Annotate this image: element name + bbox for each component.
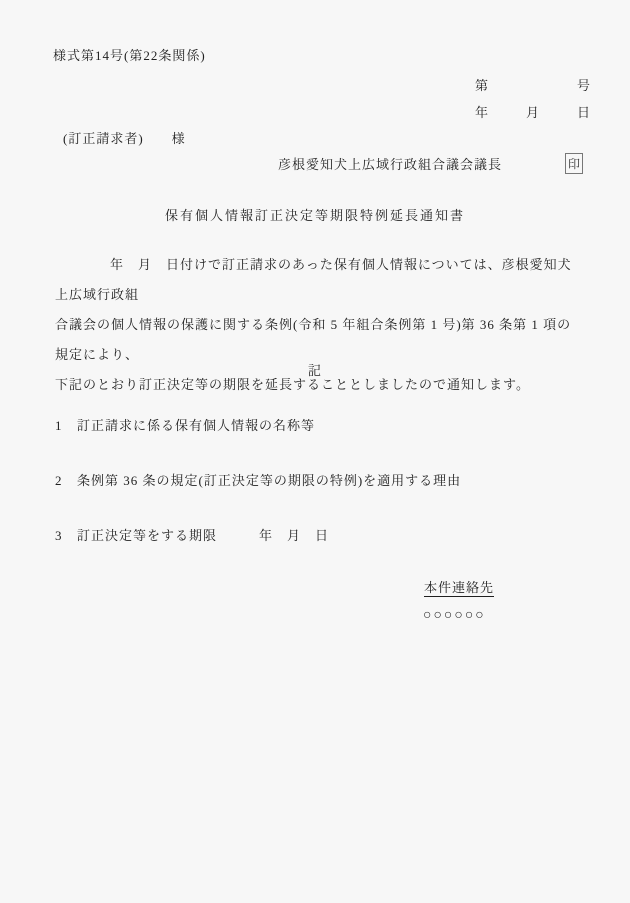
number-suffix-label: 号: [577, 79, 591, 92]
item-3-number: 3: [55, 529, 77, 542]
list-item-3: 3 訂正決定等をする期限 年 月 日: [55, 529, 329, 542]
addressee-line: (訂正請求者) 様: [63, 132, 186, 145]
document-number-line: 第 号: [475, 79, 591, 92]
contact-heading: 本件連絡先: [424, 581, 494, 597]
list-item-1: 1 訂正請求に係る保有個人情報の名称等: [55, 419, 315, 432]
document-date-line: 年 月 日: [475, 106, 591, 119]
contact-placeholder-value: ○○○○○○: [423, 609, 486, 623]
date-month-label: 月: [526, 106, 540, 119]
item-1-number: 1: [55, 419, 77, 432]
seal-stamp-box: 印: [565, 153, 583, 174]
item-1-label: 訂正請求に係る保有個人情報の名称等: [77, 419, 315, 432]
item-2-number: 2: [55, 474, 77, 487]
number-prefix-label: 第: [475, 79, 489, 92]
item-2-label: 条例第 36 条の規定(訂正決定等の期限の特例)を適用する理由: [77, 474, 461, 487]
document-page: 様式第14号(第22条関係) 第 号 年 月 日 (訂正請求者) 様 彦根愛知犬…: [0, 0, 630, 903]
date-day-label: 日: [577, 106, 591, 119]
list-item-2: 2 条例第 36 条の規定(訂正決定等の期限の特例)を適用する理由: [55, 474, 461, 487]
body-line-1: 年 月 日付けで訂正請求のあった保有個人情報については、彦根愛知犬上広域行政組: [55, 250, 579, 310]
document-title: 保有個人情報訂正決定等期限特例延長通知書: [0, 209, 630, 222]
issuer-name: 彦根愛知犬上広域行政組合議会議長: [278, 158, 502, 171]
body-line-2: 合議会の個人情報の保護に関する条例(令和 5 年組合条例第 1 号)第 36 条…: [55, 310, 579, 370]
record-heading: 記: [0, 364, 630, 377]
item-3-label: 訂正決定等をする期限 年 月 日: [77, 529, 329, 542]
date-year-label: 年: [475, 106, 489, 119]
form-number: 様式第14号(第22条関係): [53, 49, 206, 62]
seal-character: 印: [568, 158, 580, 170]
